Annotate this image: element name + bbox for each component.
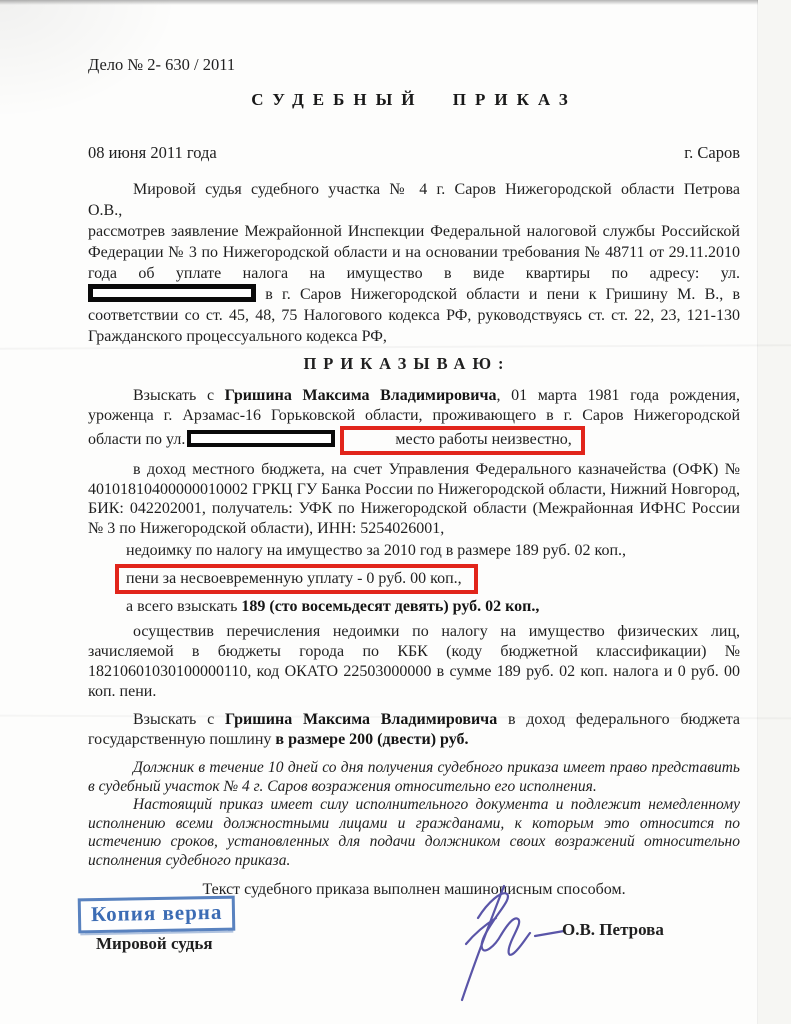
redaction-bar-address-1 [88,284,256,302]
redaction-bar-address-2 [187,430,335,447]
penalty-text: пени за несвоевременную уплату - 0 руб. … [126,570,462,587]
fee-amount: в размере 200 (двести) руб. [275,731,468,748]
budget-paragraph: в доход местного бюджета, на счет Управл… [88,460,740,538]
debtor-name: Гришина Максима Владимировича [225,387,497,404]
intro-line-2: О.В., [88,200,740,221]
paper-edge [757,0,758,1024]
amount-tax-line: недоимку по налогу на имущество за 2010 … [126,541,740,561]
issue-date: 08 июня 2011 года [88,142,217,163]
document-title: СУДЕБНЫЙ ПРИКАЗ [88,89,740,110]
total-line: а всего взыскать 189 (сто восемьдесят де… [126,597,740,617]
case-number: Дело № 2- 630 / 2011 [88,54,740,75]
issue-city: г. Саров [684,142,740,163]
highlight-box-work-note: место работы неизвестно, [340,426,584,455]
intro-line-1: Мировой судья судебного участка № 4 г. С… [88,179,740,200]
document-body: Дело № 2- 630 / 2011 СУДЕБНЫЙ ПРИКАЗ 08 … [88,54,740,900]
scanner-background-strip [758,0,791,1024]
debtor-name-2: Гришина Максима Владимировича [225,711,497,728]
ruling-paragraph-1: Взыскать с Гришина Максима Владимировича… [88,386,740,455]
total-amount: 189 (сто восемьдесят девять) руб. 02 коп… [241,598,539,615]
date-row: 08 июня 2011 года г. Саров [88,142,740,163]
highlight-box-penalty: пени за несвоевременную уплату - 0 руб. … [115,564,478,594]
judge-name: О.В. Петрова [562,920,664,940]
ruling-paragraph-2: Взыскать с Гришина Максима Владимировича… [88,710,740,750]
judge-signature [438,878,578,1008]
transfer-paragraph: осуществив перечисления недоимки по нало… [88,622,740,702]
court-order-page: Дело № 2- 630 / 2011 СУДЕБНЫЙ ПРИКАЗ 08 … [0,0,791,1024]
ruling1-lead: Взыскать с [133,387,225,404]
ruling2-lead: Взыскать с [133,711,225,728]
amount-penalty-line: пени за несвоевременную уплату - 0 руб. … [126,564,740,594]
notice-enforcement: Настоящий приказ имеет силу исполнительн… [88,796,740,870]
work-note-text: место работы неизвестно, [395,431,571,448]
intro-paragraph: Мировой судья судебного участка № 4 г. С… [88,179,740,347]
total-lead: а всего взыскать [126,598,241,615]
copy-stamp: Копия верна [78,896,236,934]
intro-text-after-redaction: в г. Саров Нижегородской области и пени … [88,284,740,347]
notice-objection: Должник в течение 10 дней со дня получен… [88,759,740,796]
judge-label: Мировой судья [96,934,213,954]
intro-text-before-redaction: рассмотрев заявление Межрайонной Инспекц… [88,221,740,284]
order-heading: ПРИКАЗЫВАЮ: [88,353,740,374]
